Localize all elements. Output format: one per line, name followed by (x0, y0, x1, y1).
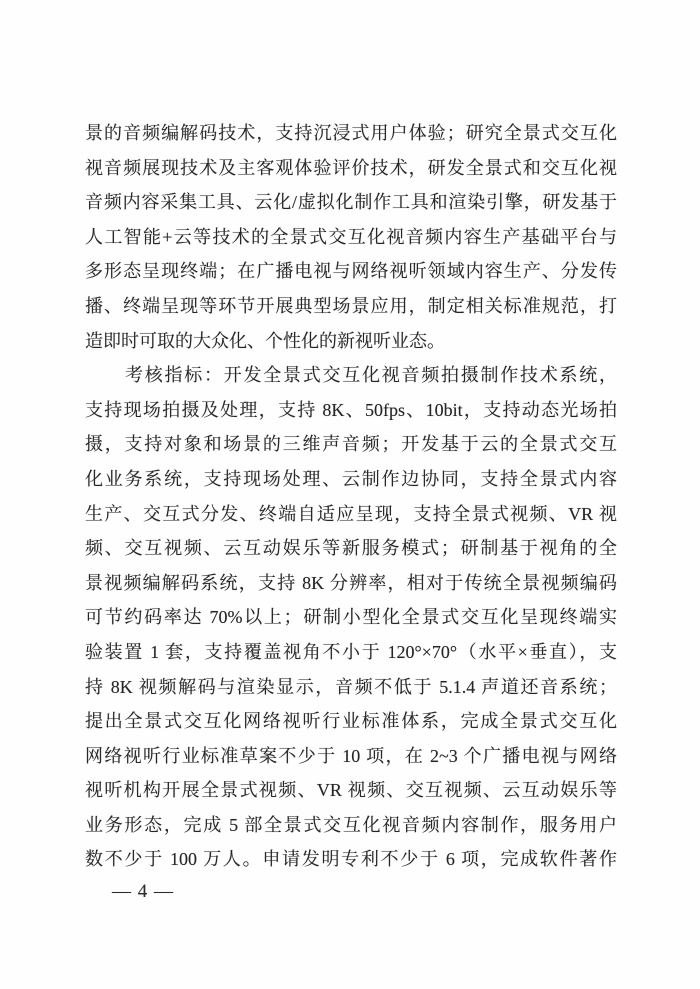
text-line: 支持现场拍摄及处理，支持 8K、50fps、10bit，支持动态光场拍 (85, 393, 617, 428)
page-number: — 4 — (112, 880, 174, 904)
text-line: 播、终端呈现等环节开展典型场景应用，制定相关标准规范，打 (85, 289, 617, 324)
text-line: 可节约码率达 70%以上；研制小型化全景式交互化呈现终端实 (85, 600, 617, 635)
text-line: 多形态呈现终端；在广播电视与网络视听领域内容生产、分发传 (85, 254, 617, 289)
text-line: 人工智能+云等技术的全景式交互化视音频内容生产基础平台与 (85, 220, 617, 255)
text-line: 摄，支持对象和场景的三维声音频；开发基于云的全景式交互 (85, 427, 617, 462)
text-line: 景的音频编解码技术，支持沉浸式用户体验；研究全景式交互化 (85, 116, 617, 151)
text-line: 业务形态，完成 5 部全景式交互化视音频内容制作，服务用户 (85, 808, 617, 843)
text-line: 景视频编解码系统，支持 8K 分辨率，相对于传统全景视频编码 (85, 566, 617, 601)
text-line: 数不少于 100 万人。申请发明专利不少于 6 项，完成软件著作 (85, 842, 617, 877)
paragraph-continuation: 景的音频编解码技术，支持沉浸式用户体验；研究全景式交互化 视音频展现技术及主客观… (85, 116, 617, 358)
body-text: 景的音频编解码技术，支持沉浸式用户体验；研究全景式交互化 视音频展现技术及主客观… (85, 116, 617, 877)
text-line: 视听机构开展全景式视频、VR 视频、交互视频、云互动娱乐等 (85, 773, 617, 808)
text-line: 验装置 1 套，支持覆盖视角不小于 120°×70°（水平×垂直），支 (85, 635, 617, 670)
text-line: 提出全景式交互化网络视听行业标准体系，完成全景式交互化 (85, 704, 617, 739)
text-line: 频、交互视频、云互动娱乐等新服务模式；研制基于视角的全 (85, 531, 617, 566)
document-page: 景的音频编解码技术，支持沉浸式用户体验；研究全景式交互化 视音频展现技术及主客观… (0, 0, 700, 989)
text-line: 生产、交互式分发、终端自适应呈现，支持全景式视频、VR 视 (85, 497, 617, 532)
text-line: 造即时可取的大众化、个性化的新视听业态。 (85, 324, 617, 359)
text-line: 音频内容采集工具、云化/虚拟化制作工具和渲染引擎，研发基于 (85, 185, 617, 220)
text-line: 化业务系统，支持现场处理、云制作边协同，支持全景式内容 (85, 462, 617, 497)
text-line: 持 8K 视频解码与渲染显示，音频不低于 5.1.4 声道还音系统； (85, 670, 617, 705)
paragraph-assessment-indicators: 考核指标：开发全景式交互化视音频拍摄制作技术系统， 支持现场拍摄及处理，支持 8… (85, 358, 617, 877)
text-line: 网络视听行业标准草案不少于 10 项，在 2~3 个广播电视与网络 (85, 739, 617, 774)
text-line: 视音频展现技术及主客观体验评价技术，研发全景式和交互化视 (85, 151, 617, 186)
text-line: 考核指标：开发全景式交互化视音频拍摄制作技术系统， (85, 358, 617, 393)
